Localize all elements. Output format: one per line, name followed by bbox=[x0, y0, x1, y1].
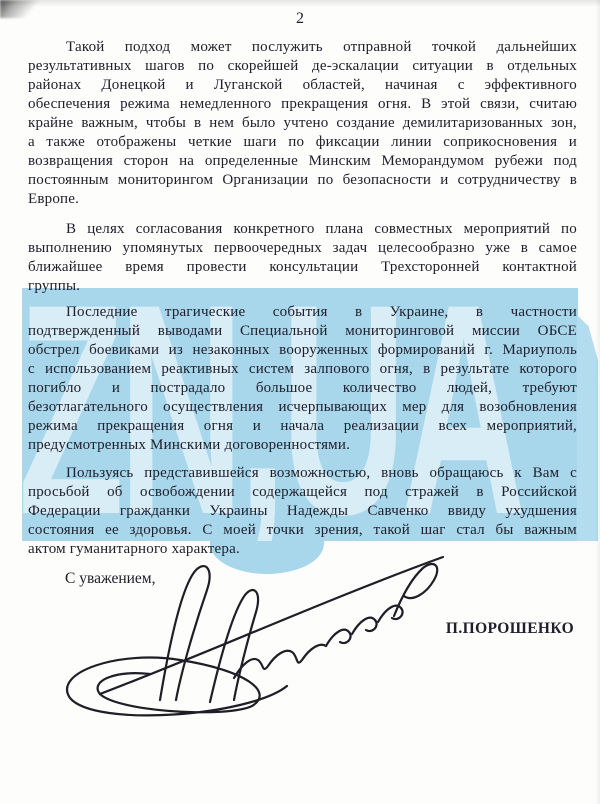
text-line: районах Донецкой и Луганской областей, н… bbox=[28, 76, 577, 95]
text-line: просьбой об освобождении содержащейся по… bbox=[28, 483, 577, 502]
text-line: постоянным мониторингом Организации по б… bbox=[28, 171, 577, 190]
text-line: Такой подход может послужить отправной т… bbox=[28, 38, 577, 57]
scan-top-edge-shadow bbox=[0, 0, 600, 7]
text-line: актом гуманитарного характера. bbox=[28, 540, 577, 559]
letter-body: Такой подход может послужить отправной т… bbox=[28, 38, 577, 559]
text-line: Европе. bbox=[28, 190, 577, 209]
text-line: а также отображены четкие шаги по фиксац… bbox=[28, 133, 577, 152]
text-line: Последние трагические события в Украине,… bbox=[28, 303, 577, 322]
text-line: безотлагательного осуществления исчерпыв… bbox=[28, 398, 577, 417]
text-line: группы. bbox=[28, 277, 577, 296]
text-line: предусмотренных Минскими договоренностям… bbox=[28, 436, 577, 455]
page-number: 2 bbox=[0, 10, 600, 28]
text-line: результативных шагов по скорейшей де-эск… bbox=[28, 57, 577, 76]
text-line: Пользуясь представившейся возможностью, … bbox=[28, 464, 577, 483]
text-line: обеспечения режима немедленного прекраще… bbox=[28, 95, 577, 114]
text-line: погибло и пострадало большое количество … bbox=[28, 379, 577, 398]
paragraph-3: Последние трагические события в Украине,… bbox=[28, 303, 577, 455]
text-line: обстрел боевиками из незаконных вооружен… bbox=[28, 341, 577, 360]
signer-name: П.ПОРОШЕНКО bbox=[440, 620, 580, 638]
text-line: состояния ее здоровья. С моей точки зрен… bbox=[28, 521, 577, 540]
paragraph-1: Такой подход может послужить отправной т… bbox=[28, 38, 577, 209]
paragraph-2: В целях согласования конкретного плана с… bbox=[28, 220, 577, 296]
text-line: крайне важным, чтобы в нем было учтено с… bbox=[28, 114, 577, 133]
text-line: ближайшее время провести консультации Тр… bbox=[28, 258, 577, 277]
text-line: возвращения сторон на определенные Минск… bbox=[28, 152, 577, 171]
closing-salutation: С уважением, bbox=[65, 570, 156, 588]
text-line: выполнению упомянутых первоочередных зад… bbox=[28, 239, 577, 258]
paragraph-4: Пользуясь представившейся возможностью, … bbox=[28, 464, 577, 559]
scan-right-edge-shadow bbox=[595, 0, 600, 804]
text-line: В целях согласования конкретного плана с… bbox=[28, 220, 577, 239]
text-line: подтвержденный выводами Специальной мони… bbox=[28, 322, 577, 341]
text-line: режима прекращения огня и начала реализа… bbox=[28, 417, 577, 436]
scanned-letter-page: 2 ZN,UA Такой подход может послужить отп… bbox=[0, 0, 600, 804]
text-line: с использованием реактивных систем залпо… bbox=[28, 360, 577, 379]
scan-corner-artifact bbox=[0, 0, 52, 18]
text-line: Федерации гражданки Украины Надежды Савч… bbox=[28, 502, 577, 521]
